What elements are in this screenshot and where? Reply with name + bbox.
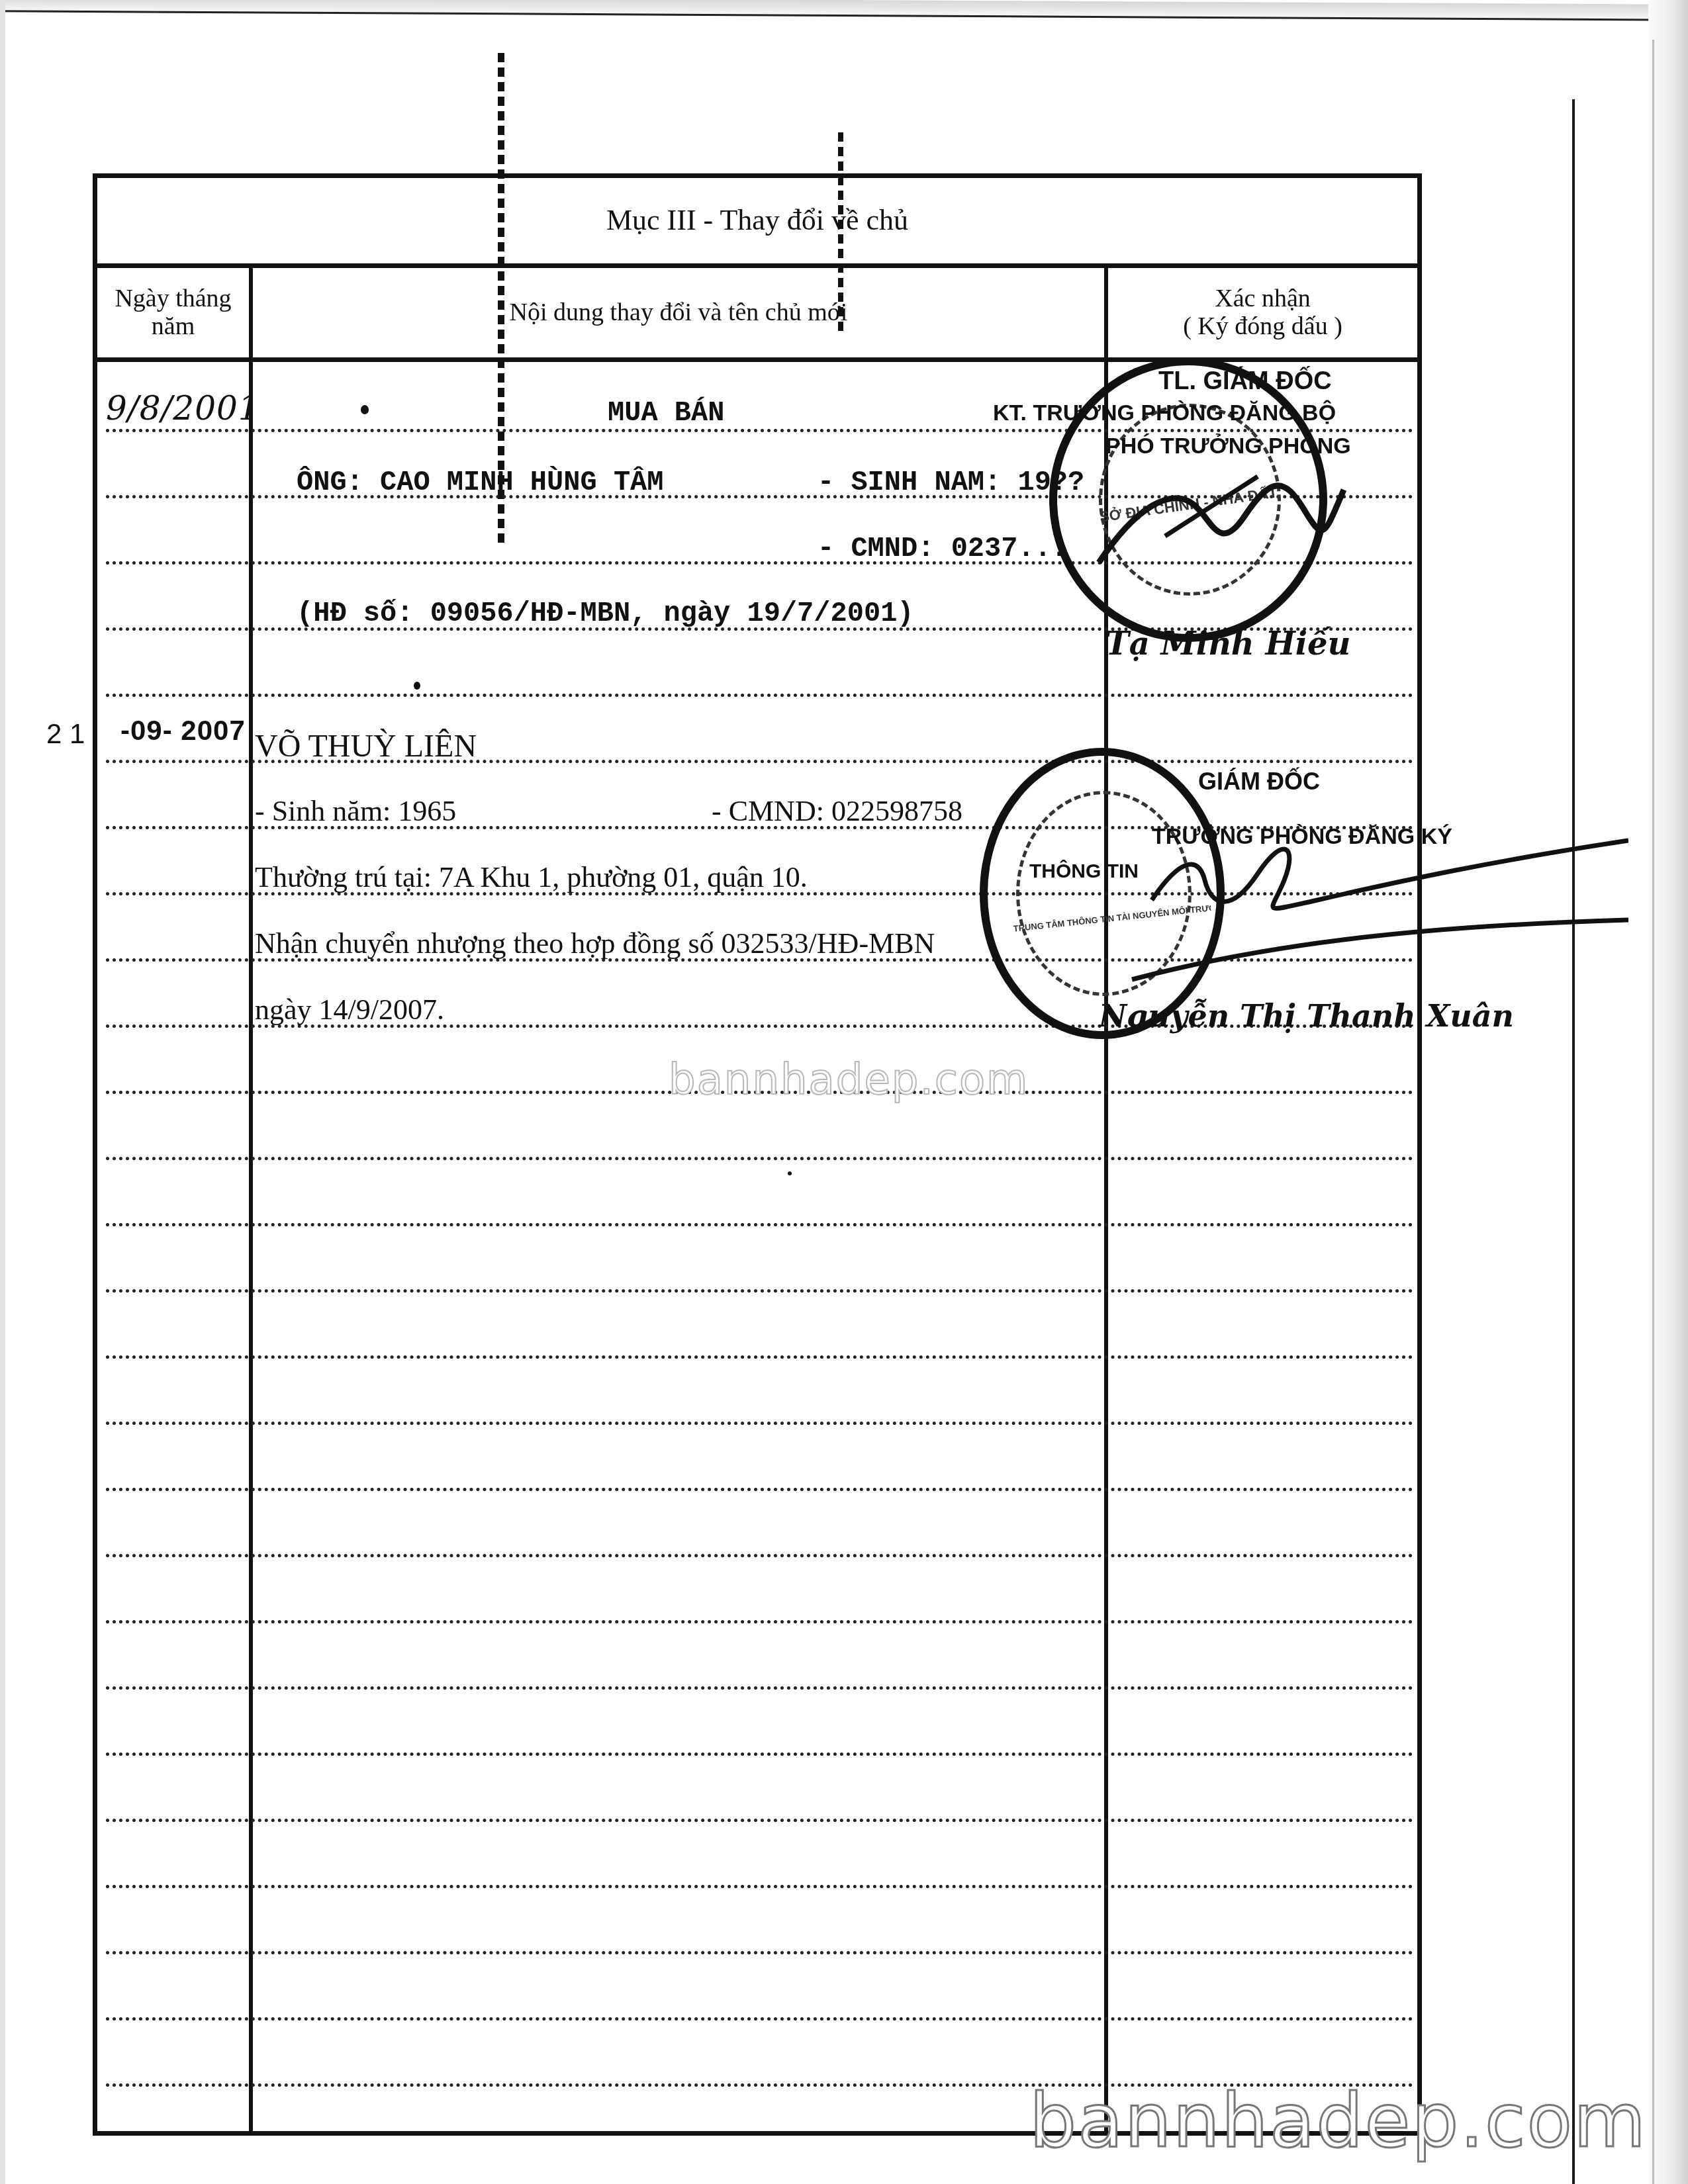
column-header-date-line2: năm bbox=[152, 313, 195, 341]
signature-2-icon bbox=[1125, 834, 1628, 993]
column-header-confirmation: Xác nhận ( Ký đóng dấu ) bbox=[1108, 268, 1417, 357]
ruled-line bbox=[106, 694, 1413, 697]
section-title: Mục III - Thay đổi về chủ bbox=[93, 173, 1422, 266]
ruled-line bbox=[106, 1951, 1413, 1954]
column-header-date: Ngày tháng năm bbox=[97, 268, 249, 357]
entry-2-date: -09- 2007 bbox=[120, 715, 246, 747]
entry-1-line-3: - SINH NAM: 19?? bbox=[818, 467, 1084, 498]
entry-1-confirm-title-1: TL. GIÁM ĐỐC bbox=[1158, 367, 1332, 396]
entry-2-confirm-title-1: GIÁM ĐỐC bbox=[1198, 768, 1320, 796]
scan-top-edge bbox=[0, 0, 1688, 21]
entry-1-date: 9/8/2001 bbox=[106, 389, 260, 428]
ruled-line bbox=[106, 1819, 1413, 1822]
ruled-line bbox=[106, 1422, 1413, 1425]
ink-speck bbox=[361, 405, 369, 414]
entry-2-signer-name: Nguyễn Thị Thanh Xuân bbox=[1099, 998, 1514, 1034]
column-header-content-label: Nội dung thay đổi và tên chủ mới bbox=[510, 299, 848, 327]
entry-2-birth-year: - Sinh năm: 1965 bbox=[255, 794, 456, 828]
ink-speck bbox=[414, 682, 420, 690]
entry-2-contract-date: ngày 14/9/2007. bbox=[255, 993, 444, 1026]
ruled-line bbox=[106, 1488, 1413, 1491]
official-seal-2-center-text: THÔNG TIN bbox=[1029, 860, 1139, 883]
scan-left-edge bbox=[0, 0, 5, 2184]
entry-1-line-5: (HĐ số: 09056/HĐ-MBN, ngày 19/7/2001) bbox=[297, 598, 914, 629]
signature-1-icon bbox=[1086, 463, 1350, 576]
ruled-line bbox=[106, 1157, 1413, 1160]
entry-2-residence: Thường trú tại: 7A Khu 1, phường 01, quậ… bbox=[255, 860, 808, 894]
column-header-confirmation-line1: Xác nhận bbox=[1215, 285, 1311, 313]
ruled-line bbox=[106, 1752, 1413, 1756]
ruled-line bbox=[106, 1620, 1413, 1623]
page-margin-rule bbox=[1572, 99, 1575, 2184]
column-header-date-line1: Ngày tháng bbox=[115, 285, 231, 313]
ruled-line bbox=[106, 1289, 1413, 1293]
entry-1-confirm-title-2: KT. TRƯỞNG PHÒNG ĐĂNG BỘ bbox=[993, 400, 1336, 426]
column-header-confirmation-line2: ( Ký đóng dấu ) bbox=[1183, 313, 1342, 341]
entry-2-id-number: - CMND: 022598758 bbox=[712, 794, 962, 828]
column-header-content: Nội dung thay đổi và tên chủ mới bbox=[253, 268, 1104, 357]
entry-1-confirm-title-3: PHÓ TRƯỞNG PHÒNG bbox=[1105, 433, 1351, 459]
ink-speck bbox=[788, 1171, 792, 1175]
ruled-line bbox=[106, 1885, 1413, 1888]
ruled-line bbox=[106, 1223, 1413, 1226]
scan-right-edge bbox=[1648, 0, 1688, 2184]
watermark-center: bannhadep.com bbox=[669, 1056, 1029, 1105]
date-column-divider bbox=[249, 263, 253, 2136]
entry-1-line-2: ÔNG: CAO MINH HÙNG TÂM bbox=[297, 467, 664, 498]
entry-1-line-4: - CMND: 0237... bbox=[818, 533, 1068, 565]
ruled-line bbox=[106, 1355, 1413, 1359]
ruled-line bbox=[106, 2017, 1413, 2021]
entry-1-signer-name: Tạ Minh Hiếu bbox=[1105, 625, 1350, 662]
entry-2-contract: Nhận chuyển nhượng theo hợp đồng số 0325… bbox=[255, 927, 935, 960]
entry-2-owner-name: VÕ THUỲ LIÊN bbox=[255, 728, 477, 764]
ruled-line bbox=[106, 1686, 1413, 1690]
entry-1-line-1: MUA BÁN bbox=[608, 397, 724, 429]
ruled-line bbox=[106, 1554, 1413, 1557]
watermark-bottom-right: bannhadep.com bbox=[1029, 2078, 1647, 2164]
entry-2-date-margin: 2 1 bbox=[46, 718, 85, 750]
